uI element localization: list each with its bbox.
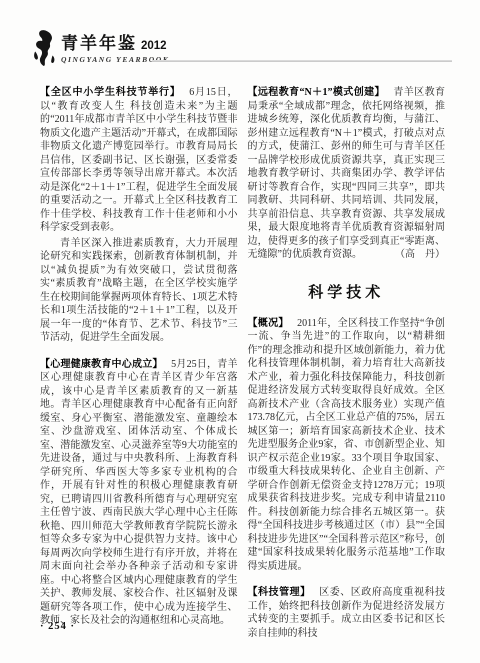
entry-title: 【远程教育“N＋1”模式创建】 (248, 87, 385, 98)
page-body: 【全区中小学生科技节举行】6月15日，以“教育改变人生 科技创造未来”为主题的“… (40, 86, 445, 640)
left-column: 【全区中小学生科技节举行】6月15日，以“教育改变人生 科技创造未来”为主题的“… (40, 86, 238, 640)
entry-title: 【全区中小学生科技节举行】 (40, 87, 181, 98)
entry-paragraph: 【心理健康教育中心成立】5月25日，青羊区心理健康教育中心在青羊区青少年宫落成，… (40, 358, 238, 628)
entry-text: 5月25日，青羊区心理健康教育中心在青羊区青少年宫落成，该中心是青羊区素质教育的… (40, 359, 238, 627)
yearbook-title: 青羊年鉴 (61, 29, 137, 54)
yearbook-header: 青羊年鉴 2012 QINGYANG YEARBOOK (33, 29, 169, 67)
entry-paragraph: 【科技管理】区委、区政府高度重视科技工作，始终把科技创新作为促进经济发展方式转变… (248, 586, 446, 640)
section-heading-science-technology: 科学技术 (248, 281, 446, 302)
entry-text: 青羊区教育局秉承“全域成都”理念，依托网络视频，推进城乡统筹，深化优质教育均衡，… (248, 87, 446, 260)
entry-remote-education: 【远程教育“N＋1”模式创建】青羊区教育局秉承“全域成都”理念，依托网络视频，推… (248, 86, 446, 262)
entry-paragraph: 【概况】2011年，全区科技工作坚持“争创一流、争当先进”的工作取向，以“精耕细… (248, 317, 446, 574)
yearbook-logo-icon (33, 29, 57, 67)
entry-science-festival: 【全区中小学生科技节举行】6月15日，以“教育改变人生 科技创造未来”为主题的“… (40, 86, 238, 345)
entry-title: 【心理健康教育中心成立】 (40, 359, 163, 370)
yearbook-logo-text: 青羊年鉴 2012 QINGYANG YEARBOOK (61, 29, 169, 64)
entry-science-management: 【科技管理】区委、区政府高度重视科技工作，始终把科技创新作为促进经济发展方式转变… (248, 586, 446, 640)
entry-text: 2011年，全区科技工作坚持“争创一流、争当先进”的工作取向，以“精耕细作”的理… (248, 318, 446, 572)
entry-attribution: （高 丹） (395, 248, 445, 262)
entry-paragraph: 【远程教育“N＋1”模式创建】青羊区教育局秉承“全域成都”理念，依托网络视频，推… (248, 86, 446, 262)
entry-title: 【科技管理】 (248, 587, 311, 598)
right-column: 【远程教育“N＋1”模式创建】青羊区教育局秉承“全域成都”理念，依托网络视频，推… (248, 86, 446, 640)
yearbook-year: 2012 (141, 40, 167, 52)
entry-mental-health-center: 【心理健康教育中心成立】5月25日，青羊区心理健康教育中心在青羊区青少年宫落成，… (40, 358, 238, 628)
header-divider-line (152, 60, 452, 62)
entry-overview: 【概况】2011年，全区科技工作坚持“争创一流、争当先进”的工作取向，以“精耕细… (248, 317, 446, 574)
entry-text: 6月15日，以“教育改变人生 科技创造未来”为主题的“2011年成都市青羊区中小… (40, 87, 238, 233)
entry-paragraph: 青羊区深入推进素质教育，大力开展理论研究和实践探索，创新教育体制机制，并以“减负… (40, 237, 238, 345)
entry-title: 【概况】 (248, 318, 289, 329)
page-number: · 254 · (40, 621, 75, 632)
entry-paragraph: 【全区中小学生科技节举行】6月15日，以“教育改变人生 科技创造未来”为主题的“… (40, 86, 238, 235)
